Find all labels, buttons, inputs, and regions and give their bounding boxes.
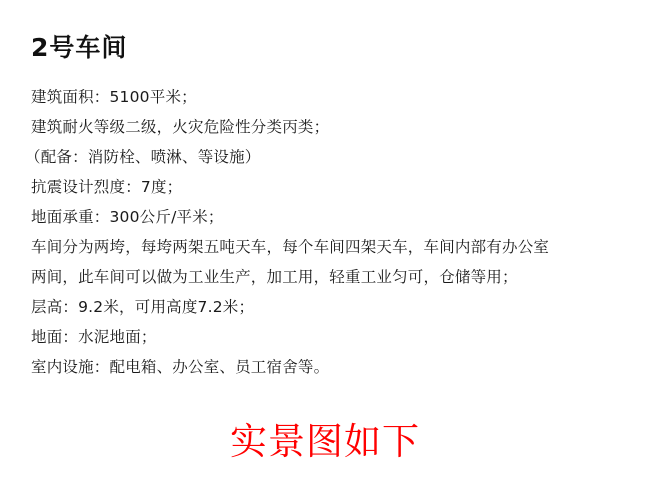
detail-facilities: 室内设施：配电箱、办公室、员工宿舍等。	[31, 352, 641, 382]
detail-floor-height: 层高：9.2米，可用高度7.2米；	[31, 292, 641, 322]
page-title: 2号车间	[31, 31, 127, 65]
detail-seismic-rating: 抗震设计烈度：7度；	[31, 172, 641, 202]
detail-layout-line-1: 车间分为两垮，每垮两架五吨天车，每个车间四架天车，车间内部有办公室	[31, 232, 641, 262]
detail-fire-equipment: （配备：消防栓、喷淋、等设施）	[25, 142, 641, 172]
detail-floor-type: 地面：水泥地面；	[31, 322, 641, 352]
workshop-details: 建筑面积：5100平米； 建筑耐火等级二级，火灾危险性分类丙类； （配备：消防栓…	[31, 82, 641, 382]
detail-fire-rating: 建筑耐火等级二级，火灾危险性分类丙类；	[31, 112, 641, 142]
detail-layout-line-2: 两间，此车间可以做为工业生产，加工用，轻重工业匀可，仓储等用；	[31, 262, 641, 292]
photo-caption: 实景图如下	[0, 418, 650, 466]
detail-floor-load: 地面承重：300公斤/平米；	[31, 202, 641, 232]
detail-building-area: 建筑面积：5100平米；	[31, 82, 641, 112]
